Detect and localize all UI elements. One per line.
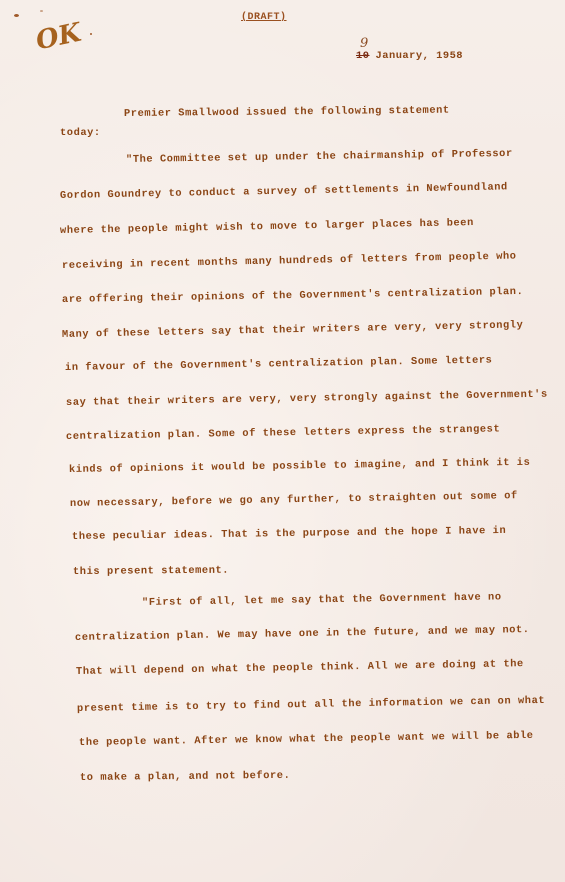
- typed-line: in favour of the Government's centraliza…: [65, 355, 493, 374]
- typed-line: these peculiar ideas. That is the purpos…: [72, 525, 506, 543]
- ink-speck: [40, 10, 43, 12]
- document-page: OK (DRAFT) 9 10January, 1958 Premier Sma…: [0, 0, 565, 882]
- typed-line: Premier Smallwood issued the following s…: [124, 105, 450, 120]
- date-month-year: January, 1958: [375, 50, 463, 62]
- typed-line: Many of these letters say that their wri…: [62, 319, 524, 341]
- typed-line: today:: [60, 127, 101, 139]
- typed-line: centralization plan. We may have one in …: [75, 624, 530, 644]
- typed-line: present time is to try to find out all t…: [77, 695, 545, 715]
- ink-speck: [14, 14, 19, 17]
- typed-line: the people want. After we know what the …: [79, 730, 534, 749]
- handwritten-ok-mark: OK: [33, 18, 83, 57]
- handwritten-day-correction: 9: [360, 36, 369, 51]
- typed-line: now necessary, before we go any further,…: [70, 490, 518, 510]
- ink-speck: [90, 33, 92, 35]
- typed-line: centralization plan. Some of these lette…: [66, 423, 500, 443]
- typed-line: this present statement.: [73, 565, 229, 578]
- typed-line: say that their writers are very, very st…: [66, 389, 548, 409]
- typed-line: That will depend on what the people thin…: [76, 658, 524, 678]
- draft-header: (DRAFT): [241, 12, 287, 23]
- document-date: 9 10January, 1958: [356, 50, 463, 62]
- typed-line: kinds of opinions it would be possible t…: [69, 457, 531, 476]
- typed-line: are offering their opinions of the Gover…: [62, 286, 524, 306]
- typed-line: receiving in recent months many hundreds…: [62, 250, 517, 272]
- typed-line: to make a plan, and not before.: [80, 770, 290, 784]
- typed-line: "First of all, let me say that the Gover…: [142, 591, 502, 609]
- struck-day: 10: [356, 50, 369, 62]
- typed-line: "The Committee set up under the chairman…: [126, 148, 513, 166]
- typed-line: Gordon Goundrey to conduct a survey of s…: [60, 181, 508, 202]
- typed-line: where the people might wish to move to l…: [60, 217, 474, 237]
